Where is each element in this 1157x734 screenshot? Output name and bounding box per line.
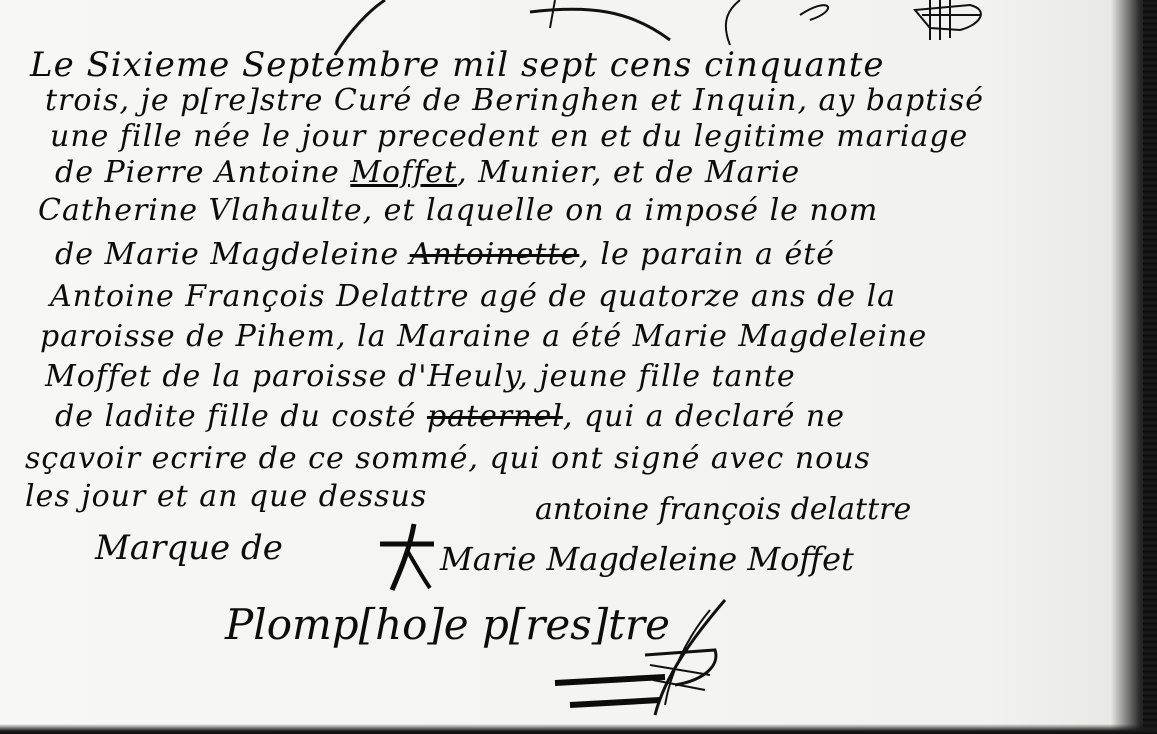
priest-paraph-icon	[545, 595, 745, 720]
father-prefix: de Pierre Antoine	[55, 155, 350, 190]
surname-underlined: Moffet	[350, 155, 457, 190]
cross-mark-icon	[372, 522, 442, 592]
father-suffix: , Munier, et de Marie	[457, 155, 800, 190]
godmother-signature: Marie Magdeleine Moffet	[440, 540, 854, 578]
record-line-9: Moffet de la paroisse d'Heuly, jeune fil…	[45, 362, 796, 392]
record-line-5: Catherine Vlahaulte, et laquelle on a im…	[38, 196, 878, 226]
record-line-7: Antoine François Delattre agé de quatorz…	[50, 282, 896, 312]
mark-label: Marque de	[95, 528, 283, 568]
child-name-prefix: de Marie Magdeleine	[55, 237, 410, 272]
record-line-1: Le Sixieme Septembre mil sept cens cinqu…	[30, 48, 885, 82]
record-line-4: de Pierre Antoine Moffet, Munier, et de …	[55, 158, 800, 188]
godfather-intro: , le parain a été	[579, 237, 835, 272]
record-line-8: paroisse de Pihem, la Maraine a été Mari…	[40, 322, 927, 352]
page-bottom-edge	[0, 724, 1157, 734]
page-right-edge	[1143, 0, 1157, 734]
record-line-10: de ladite fille du costé paternel, qui a…	[55, 402, 845, 432]
record-line-12: les jour et an que dessus	[25, 482, 427, 512]
record-line-6: de Marie Magdeleine Antoinette, le parai…	[55, 240, 835, 270]
struck-word-paternel: paternel	[427, 399, 563, 434]
line10-prefix: de ladite fille du costé	[55, 399, 427, 434]
record-line-2: trois, je p[re]stre Curé de Beringhen et…	[45, 86, 984, 116]
record-line-3: une fille née le jour precedent en et du…	[50, 122, 968, 152]
record-line-11: sçavoir ecrire de ce sommé, qui ont sign…	[25, 444, 871, 474]
struck-name: Antoinette	[410, 237, 580, 272]
line10-suffix: , qui a declaré ne	[563, 399, 845, 434]
godfather-signature: antoine françois delattre	[535, 492, 911, 527]
